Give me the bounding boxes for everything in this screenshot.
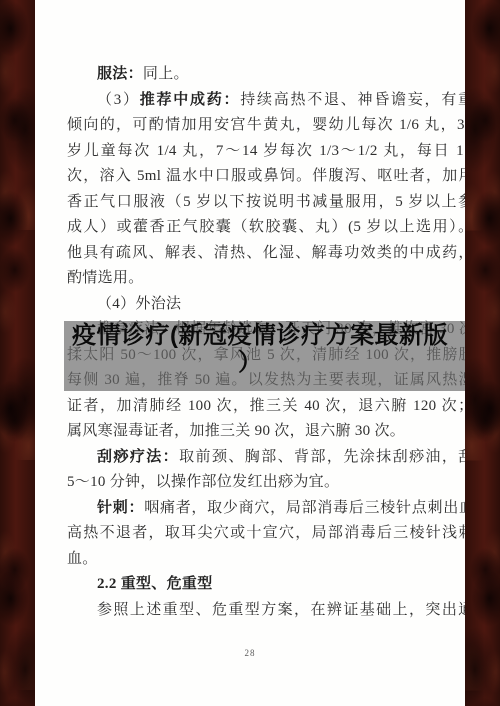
text-line: 次，溶入 5ml 温水中口服或鼻饲。伴腹泻、呕吐者，加用藿 bbox=[67, 164, 490, 190]
watermark-title: 疫情诊疗(新冠疫情诊疗方案最新版 bbox=[72, 322, 492, 350]
text-line: 岁儿童每次 1/4 丸，7～14 岁每次 1/3～1/2 丸，每日 1～2 bbox=[67, 139, 490, 165]
text-line: 刮痧疗法：取前颈、胸部、背部，先涂抹刮痧油，刮拭 bbox=[67, 445, 490, 471]
right-border-strip bbox=[465, 0, 500, 706]
watermark-title-closing-paren: ） bbox=[0, 349, 500, 377]
text-line: 证者，加清肺经 100 次，推三关 40 次，退六腑 120 次；证 bbox=[67, 394, 490, 420]
text-line: 成人）或藿香正气胶囊（软胶囊、丸）(5 岁以上选用）。其 bbox=[67, 215, 490, 241]
text-line: 针刺：咽痛者，取少商穴，局部消毒后三棱针点刺出血； bbox=[67, 496, 490, 522]
text-line: 血。 bbox=[67, 547, 490, 573]
text-line: 酌情选用。 bbox=[67, 266, 490, 292]
text-line: 服法：同上。 bbox=[67, 62, 490, 88]
text-line: 倾向的，可酌情加用安宫牛黄丸，婴幼儿每次 1/6 丸，3～6 bbox=[67, 113, 490, 139]
text-line: 他具有疏风、解表、清热、化湿、解毒功效类的中成药，可 bbox=[67, 241, 490, 267]
text-line: 参照上述重型、危重型方案，在辨证基础上，突出通腑 bbox=[67, 598, 490, 624]
text-line: 2.2 重型、危重型 bbox=[67, 572, 490, 598]
text-line: （3）推荐中成药：持续高热不退、神昏谵妄，有重症 bbox=[67, 88, 490, 114]
text-line: 香正气口服液（5 岁以下按说明书减量服用，5 岁以上参照 bbox=[67, 190, 490, 216]
page-number: 28 bbox=[0, 648, 500, 658]
left-border-strip bbox=[0, 0, 35, 706]
text-line: 属风寒湿毒证者，加推三关 90 次，退六腑 30 次。 bbox=[67, 419, 490, 445]
text-line: 5～10 分钟，以操作部位发红出痧为宜。 bbox=[67, 470, 490, 496]
scanned-document-page: 服法：同上。（3）推荐中成药：持续高热不退、神昏谵妄，有重症倾向的，可酌情加用安… bbox=[0, 0, 500, 706]
text-line: 高热不退者，取耳尖穴或十宣穴，局部消毒后三棱针浅刺放 bbox=[67, 521, 490, 547]
text-line: （4）外治法 bbox=[67, 292, 490, 318]
